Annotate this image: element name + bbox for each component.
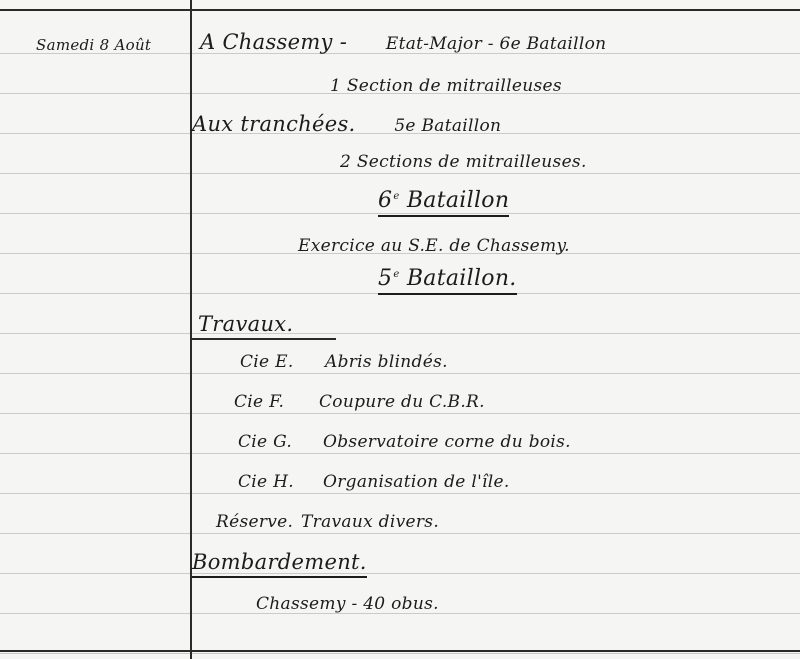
works-item: Cie E.Abris blindés. [240,352,448,372]
bottom-rule [0,650,800,652]
bombardment-detail: Chassemy - 40 obus. [256,594,439,614]
works-underline [190,338,336,340]
diary-page: Samedi 8 Août A Chassemy - Etat-Major - … [0,0,800,659]
location-trenches-line: Aux tranchées. 5e Bataillon [192,112,501,136]
works-item: Cie F.Coupure du C.B.R. [234,392,485,412]
heading-bombardment: Bombardement. [192,550,367,578]
location-chassemy: A Chassemy [200,30,333,54]
trenches-mg-sections: 2 Sections de mitrailleuses. [340,152,587,172]
date-entry: Samedi 8 Août [36,36,151,54]
trenches-units: 5e Bataillon [394,116,501,136]
location-chassemy-line: A Chassemy - Etat-Major - 6e Bataillon [200,30,606,54]
heading-5th-battalion: 5e Bataillon. [378,266,517,295]
6th-battalion-activity: Exercice au S.E. de Chassemy. [298,236,570,256]
works-item: Cie G.Observatoire corne du bois. [238,432,571,452]
chassemy-units: Etat-Major - 6e Bataillon [386,34,607,54]
heading-6th-battalion: 6e Bataillon [378,188,509,217]
top-rule [0,9,800,11]
works-item: Cie H.Organisation de l'île. [238,472,510,492]
heading-works: Travaux. [198,312,293,336]
works-reserve: Réserve.Travaux divers. [216,512,439,532]
chassemy-mg-section: 1 Section de mitrailleuses [330,76,562,96]
location-trenches: Aux tranchées. [192,112,356,136]
